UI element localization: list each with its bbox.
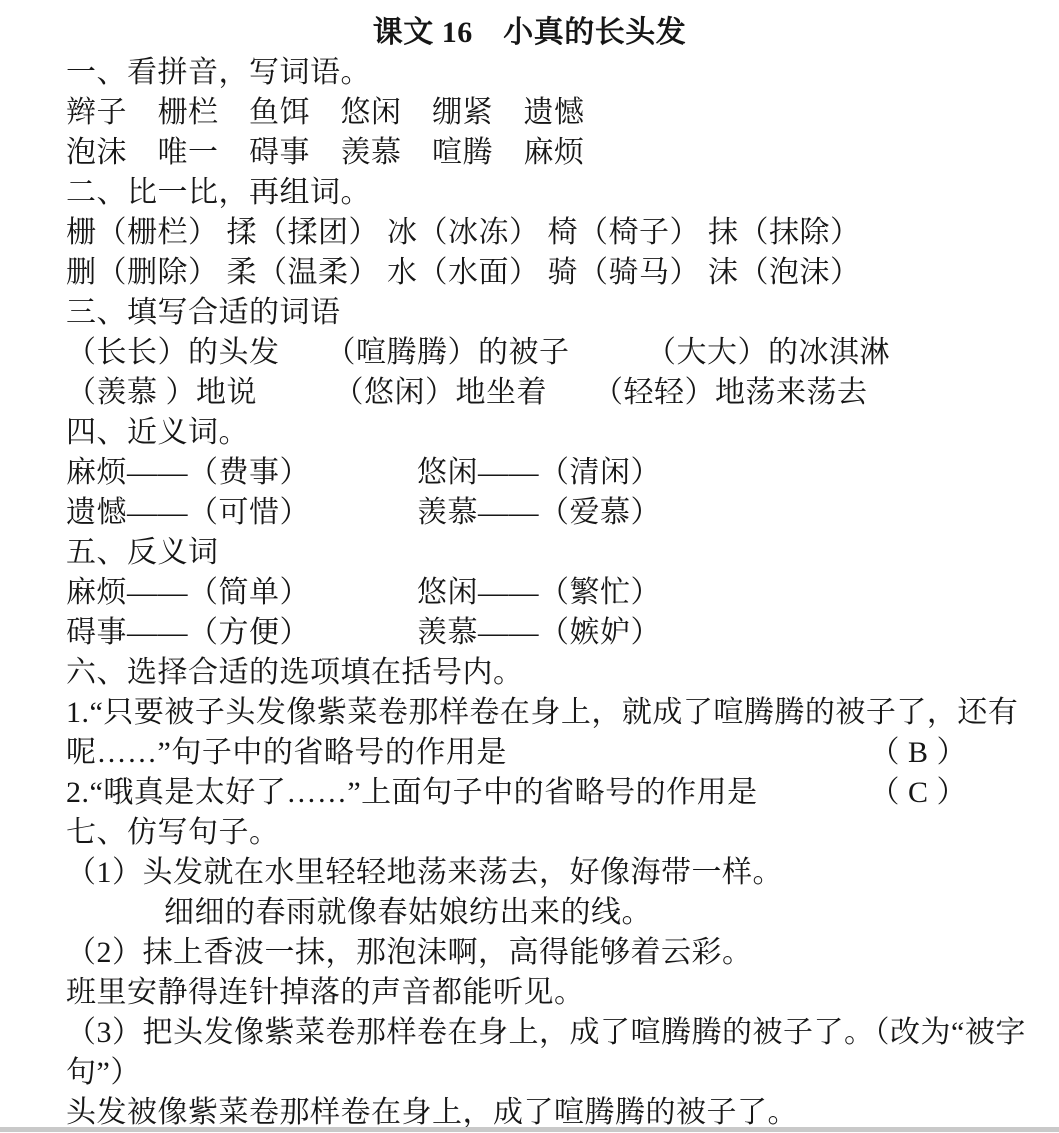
imitate-item1-prompt: （1）头发就在水里轻轻地荡来荡去，好像海带一样。 (66, 853, 1059, 893)
section-antonyms: 五、反义词 麻烦——（简单） 悠闲——（繁忙） 碍事——（方便） 羡慕——（嫉妒… (66, 533, 1059, 653)
section1-word-row-2: 泡沫 唯一 碍事 羡慕 喧腾 麻烦 (66, 133, 1059, 173)
question1-answer: （ B ） (869, 733, 967, 773)
section3-phrase-row-2: （羡慕 ）地说 （悠闲）地坐着 （轻轻）地荡来荡去 (66, 373, 1059, 413)
section2-word-row-1: 栅（栅栏） 揉（揉团） 冰（冰冻） 椅（椅子） 抹（抹除） (66, 213, 1059, 253)
section5-pair-row-1: 麻烦——（简单） 悠闲——（繁忙） (66, 573, 1059, 613)
section-fill-words: 三、填写合适的词语 （长长）的头发 （喧腾腾）的被子 （大大）的冰淇淋 （羡慕 … (66, 293, 1059, 413)
section5-pair-row-2: 碍事——（方便） 羡慕——（嫉妒） (66, 613, 1059, 653)
section4-heading: 四、近义词。 (66, 413, 1059, 453)
section-pinyin-words: 一、看拼音，写词语。 辫子 栅栏 鱼饵 悠闲 绷紧 遗憾 泡沫 唯一 碍事 羡慕… (66, 53, 1059, 173)
section5-heading: 五、反义词 (66, 533, 1059, 573)
imitate-item3-prompt-line-2: 句”） (66, 1053, 1059, 1093)
question1-text: 呢……”句子中的省略号的作用是 (66, 733, 507, 773)
question2-text: 2.“哦真是太好了……”上面句子中的省略号的作用是 (66, 773, 758, 813)
imitate-item3-prompt-line-1: （3）把头发像紫菜卷那样卷在身上，成了喧腾腾的被子了。（改为“被字 (66, 1013, 1059, 1053)
imitate-item2-prompt: （2）抹上香波一抹，那泡沫啊，高得能够着云彩。 (66, 933, 1059, 973)
section3-phrase-row-1: （长长）的头发 （喧腾腾）的被子 （大大）的冰淇淋 (66, 333, 1059, 373)
question2-answer: （ C ） (869, 773, 967, 813)
section2-heading: 二、比一比，再组词。 (66, 173, 1059, 213)
section4-pair-row-1: 麻烦——（费事） 悠闲——（清闲） (66, 453, 1059, 493)
worksheet-content: 课文 16 小真的长头发 一、看拼音，写词语。 辫子 栅栏 鱼饵 悠闲 绷紧 遗… (66, 13, 1059, 1133)
worksheet-page: 课文 16 小真的长头发 一、看拼音，写词语。 辫子 栅栏 鱼饵 悠闲 绷紧 遗… (0, 0, 1059, 1133)
section3-heading: 三、填写合适的词语 (66, 293, 1059, 333)
section1-heading: 一、看拼音，写词语。 (66, 53, 1059, 93)
section6-heading: 六、选择合适的选项填在括号内。 (66, 653, 1059, 693)
question1-line-2: 呢……”句子中的省略号的作用是 （ B ） (66, 733, 1059, 773)
imitate-item1-answer: 细细的春雨就像春姑娘纺出来的线。 (66, 893, 1059, 933)
section-imitate-sentences: 七、仿写句子。 （1）头发就在水里轻轻地荡来荡去，好像海带一样。 细细的春雨就像… (66, 813, 1059, 1133)
page-title: 课文 16 小真的长头发 (0, 13, 1059, 53)
question2-line: 2.“哦真是太好了……”上面句子中的省略号的作用是 （ C ） (66, 773, 1059, 813)
page-bottom-bar (0, 1127, 1059, 1132)
section2-word-row-2: 删（删除） 柔（温柔） 水（水面） 骑（骑马） 沫（泡沫） (66, 253, 1059, 293)
section7-heading: 七、仿写句子。 (66, 813, 1059, 853)
section-compare-characters: 二、比一比，再组词。 栅（栅栏） 揉（揉团） 冰（冰冻） 椅（椅子） 抹（抹除）… (66, 173, 1059, 293)
question1-line-1: 1.“只要被子头发像紫菜卷那样卷在身上，就成了喧腾腾的被子了，还有 (66, 693, 1059, 733)
imitate-item2-answer: 班里安静得连针掉落的声音都能听见。 (66, 973, 1059, 1013)
section-synonyms: 四、近义词。 麻烦——（费事） 悠闲——（清闲） 遗憾——（可惜） 羡慕——（爱… (66, 413, 1059, 533)
section-multiple-choice: 六、选择合适的选项填在括号内。 1.“只要被子头发像紫菜卷那样卷在身上，就成了喧… (66, 653, 1059, 813)
section1-word-row-1: 辫子 栅栏 鱼饵 悠闲 绷紧 遗憾 (66, 93, 1059, 133)
section4-pair-row-2: 遗憾——（可惜） 羡慕——（爱慕） (66, 493, 1059, 533)
